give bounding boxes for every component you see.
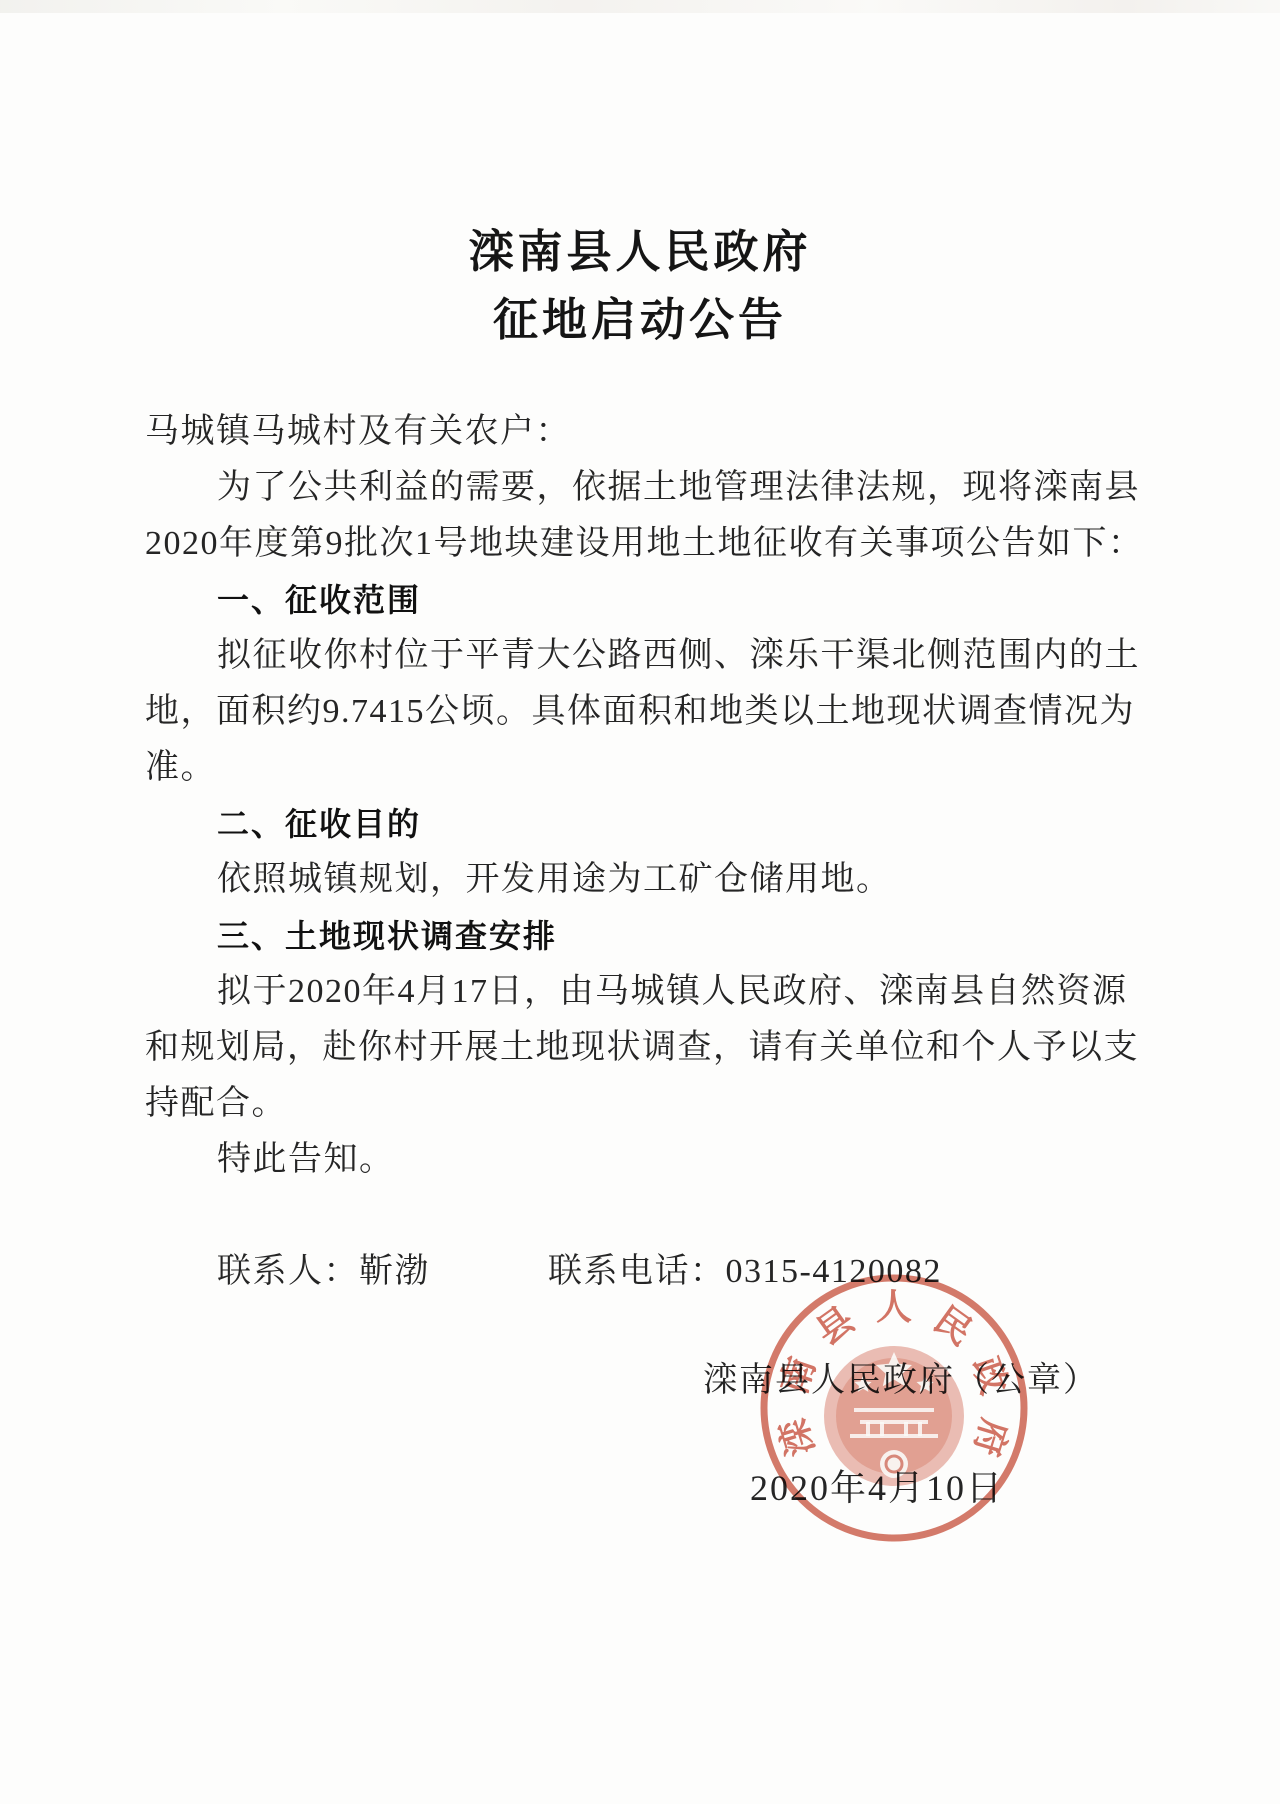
body-line: 为了公共利益的需要，依据土地管理法律法规，现将滦南县 [145, 460, 1150, 516]
body-line: 拟征收你村位于平青大公路西侧、滦乐干渠北侧范围内的土 [145, 628, 1150, 684]
closing-line: 特此告知。 [145, 1132, 1150, 1188]
body-line: 准。 [145, 740, 1150, 796]
section-heading-scope: 一、征收范围 [145, 572, 1150, 628]
seal-ring-char: 政 [965, 1352, 1014, 1399]
body-line: 2020年度第9批次1号地块建设用地土地征收有关事项公告如下： [145, 516, 1150, 572]
title-line-subject: 征地启动公告 [0, 286, 1280, 354]
contact-phone-label: 联系电话： [548, 1253, 726, 1290]
seal-national-emblem [824, 1346, 964, 1486]
document-body: 马城镇马城村及有关农户： 为了公共利益的需要，依据土地管理法律法规，现将滦南县 … [145, 404, 1150, 1188]
scan-edge-artifact [0, 0, 1280, 13]
contact-person-label: 联系人： [217, 1253, 359, 1290]
announcement-document: 滦南县人民政府 征地启动公告 马城镇马城村及有关农户： 为了公共利益的需要，依据… [0, 0, 1280, 1804]
body-line: 持配合。 [145, 1076, 1150, 1132]
body-line: 依照城镇规划，开发用途为工矿仓储用地。 [145, 852, 1150, 908]
seal-ring-char: 南 [774, 1352, 823, 1399]
contact-person-name: 靳渤 [359, 1253, 430, 1290]
seal-ring-char: 人 [876, 1287, 912, 1327]
seal-ring-char: 府 [966, 1414, 1015, 1460]
official-seal: 滦 南 县 人 民 政 府 [750, 1264, 1038, 1552]
document-title: 滦南县人民政府 征地启动公告 [0, 218, 1280, 354]
title-line-authority: 滦南县人民政府 [0, 218, 1280, 286]
salutation-line: 马城镇马城村及有关农户： [145, 404, 1150, 460]
body-line: 地，面积约9.7415公顷。具体面积和地类以土地现状调查情况为 [145, 684, 1150, 740]
body-line: 拟于2020年4月17日，由马城镇人民政府、滦南县自然资源 [145, 964, 1150, 1020]
emblem-gear-icon [880, 1450, 908, 1478]
section-heading-survey: 三、土地现状调查安排 [145, 908, 1150, 964]
body-line: 和规划局，赴你村开展土地现状调查，请有关单位和个人予以支 [145, 1020, 1150, 1076]
section-heading-purpose: 二、征收目的 [145, 796, 1150, 852]
seal-ring-char: 滦 [773, 1414, 822, 1461]
